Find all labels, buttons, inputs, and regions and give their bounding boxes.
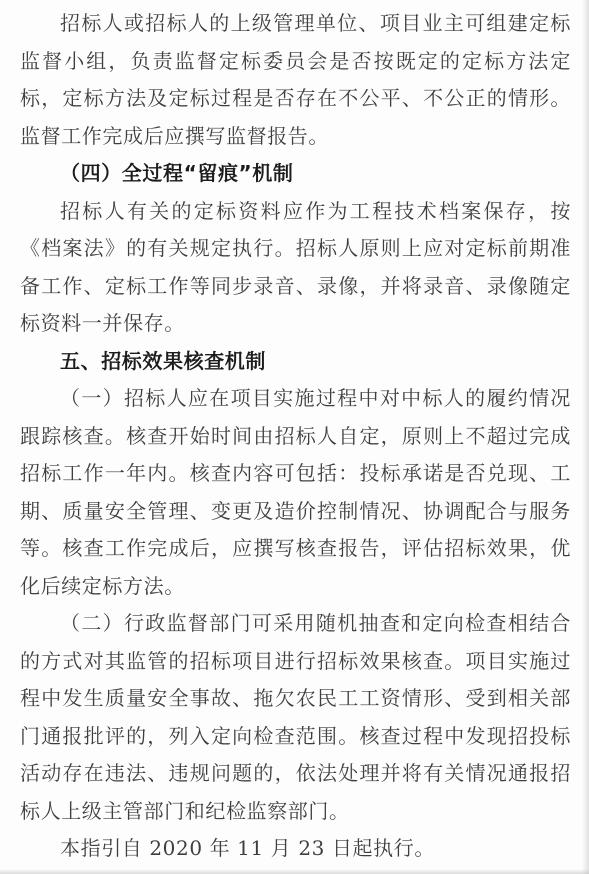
paragraph-archive-requirements: 招标人有关的定标资料应作为工程技术档案保存，按《档案法》的有关规定执行。招标人原… [20,193,571,343]
paragraph-supervision-group: 招标人或招标人的上级管理单位、项目业主可组建定标监督小组，负责监督定标委员会是否… [20,5,571,155]
heading-section-4-trace-mechanism: （四）全过程“留痕”机制 [20,155,571,193]
paragraph-administrative-supervision: （二）行政监督部门可采用随机抽查和定向检查相结合的方式对其监管的招标项目进行招标… [20,605,571,830]
paragraph-performance-review: （一）招标人应在项目实施过程中对中标人的履约情况跟踪核查。核查开始时间由招标人自… [20,380,571,605]
paragraph-effective-date: 本指引自 2020 年 11 月 23 日起执行。 [20,830,571,868]
heading-section-5-effect-review: 五、招标效果核查机制 [20,343,571,381]
document-page: 招标人或招标人的上级管理单位、项目业主可组建定标监督小组，负责监督定标委员会是否… [0,0,589,874]
